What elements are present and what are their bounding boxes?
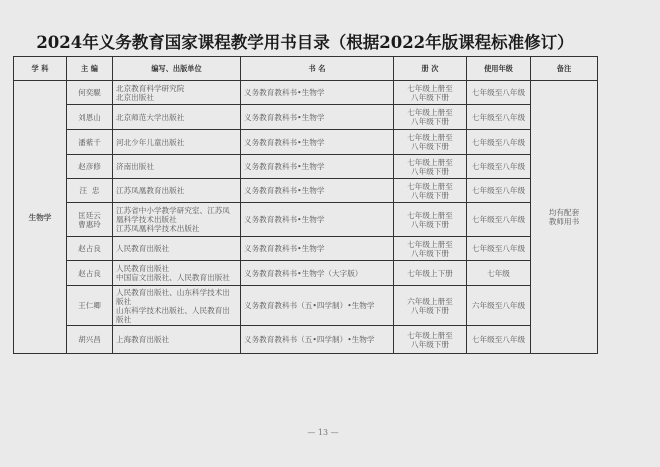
publisher-line: 江苏省中小学教学研究室、江苏凤凰科学技术出版社 [116, 206, 237, 224]
publisher-cell: 河北少年儿童出版社 [113, 130, 241, 155]
publisher-line: 河北少年儿童出版社 [116, 138, 237, 147]
editor-cell: 何奕騉 [67, 81, 113, 105]
publisher-cell: 人民教育出版社、山东科学技术出版社 山东科学技术出版社、人民教育出版社 [113, 286, 241, 326]
subject-cell: 生物学 [14, 81, 67, 354]
grades-cell: 七年级至八年级 [467, 237, 531, 261]
publisher-line: 济南出版社 [116, 162, 237, 171]
editor-cell: 汪 忠 [67, 179, 113, 203]
volumes-line: 七年级上册至 [397, 240, 463, 249]
publisher-cell: 北京教育科学研究院 北京出版社 [113, 81, 241, 105]
book-title-cell: 义务教育教科书•生物学 [241, 237, 394, 261]
header-publisher: 编写、出版单位 [113, 57, 241, 81]
grades-cell: 七年级 [467, 261, 531, 286]
publisher-line: 上海教育出版社 [116, 335, 237, 344]
grades-cell: 七年级至八年级 [467, 155, 531, 179]
grades-cell: 七年级至八年级 [467, 179, 531, 203]
volumes-line: 七年级上册至 [397, 331, 463, 340]
header-volumes: 册 次 [394, 57, 467, 81]
table-header-row: 学 科 主 编 编写、出版单位 书 名 册 次 使用年级 备注 [14, 57, 598, 81]
grades-cell: 七年级至八年级 [467, 105, 531, 130]
volumes-line: 八年级下册 [397, 142, 463, 151]
editor-cell: 王仁卿 [67, 286, 113, 326]
publisher-cell: 济南出版社 [113, 155, 241, 179]
volumes-cell: 七年级上册至 八年级下册 [394, 203, 467, 237]
grades-cell: 七年级至八年级 [467, 203, 531, 237]
publisher-line: 北京师范大学出版社 [116, 113, 237, 122]
publisher-cell: 江苏凤凰教育出版社 [113, 179, 241, 203]
notes-text: 均有配套教师用书 [546, 208, 582, 226]
editor-cell: 胡兴昌 [67, 326, 113, 354]
volumes-line: 七年级上册至 [397, 108, 463, 117]
book-title-cell: 义务教育教科书•生物学 [241, 105, 394, 130]
volumes-line: 七年级上册至 [397, 211, 463, 220]
table-row: 生物学 何奕騉 北京教育科学研究院 北京出版社 义务教育教科书•生物学 七年级上… [14, 81, 598, 105]
table-row: 赵占良 人民教育出版社 中国盲文出版社、人民教育出版社 义务教育教科书•生物学（… [14, 261, 598, 286]
publisher-line: 北京教育科学研究院 [116, 84, 237, 93]
publisher-line: 人民教育出版社 [116, 264, 237, 273]
book-title-cell: 义务教育教科书•生物学（大字版） [241, 261, 394, 286]
table-row: 刘恩山 北京师范大学出版社 义务教育教科书•生物学 七年级上册至 八年级下册 七… [14, 105, 598, 130]
textbook-catalog-table: 学 科 主 编 编写、出版单位 书 名 册 次 使用年级 备注 生物学 何奕騉 … [13, 56, 598, 354]
publisher-cell: 人民教育出版社 中国盲文出版社、人民教育出版社 [113, 261, 241, 286]
volumes-line: 八年级下册 [397, 249, 463, 258]
publisher-line: 中国盲文出版社、人民教育出版社 [116, 273, 237, 282]
table-row: 汪 忠 江苏凤凰教育出版社 义务教育教科书•生物学 七年级上册至 八年级下册 七… [14, 179, 598, 203]
volumes-line: 八年级下册 [397, 306, 463, 315]
book-title-cell: 义务教育教科书•生物学 [241, 130, 394, 155]
volumes-cell: 七年级上册至 八年级下册 [394, 155, 467, 179]
notes-cell: 均有配套教师用书 [531, 81, 598, 354]
table-row: 匡廷云 曹惠玲 江苏省中小学教学研究室、江苏凤凰科学技术出版社 江苏凤凰科学技术… [14, 203, 598, 237]
editor-cell: 赵彦修 [67, 155, 113, 179]
publisher-cell: 北京师范大学出版社 [113, 105, 241, 130]
page-number: — 13 — [0, 428, 653, 437]
editor-cell: 赵占良 [67, 237, 113, 261]
book-title-cell: 义务教育教科书（五•四学制）•生物学 [241, 286, 394, 326]
volumes-cell: 七年级上下册 [394, 261, 467, 286]
header-book-title: 书 名 [241, 57, 394, 81]
header-grades: 使用年级 [467, 57, 531, 81]
volumes-cell: 六年级上册至 八年级下册 [394, 286, 467, 326]
document-title: 2024年义务教育国家课程教学用书目录（根据2022年版课程标准修订） [25, 29, 585, 53]
book-title-cell: 义务教育教科书（五•四学制）•生物学 [241, 326, 394, 354]
editor-cell: 刘恩山 [67, 105, 113, 130]
volumes-line: 七年级上册至 [397, 158, 463, 167]
publisher-line: 山东科学技术出版社、人民教育出版社 [116, 306, 237, 324]
grades-cell: 七年级至八年级 [467, 130, 531, 155]
table-row: 潘紫千 河北少年儿童出版社 义务教育教科书•生物学 七年级上册至 八年级下册 七… [14, 130, 598, 155]
volumes-cell: 七年级上册至 八年级下册 [394, 130, 467, 155]
volumes-cell: 七年级上册至 八年级下册 [394, 179, 467, 203]
grades-cell: 七年级至八年级 [467, 81, 531, 105]
volumes-line: 八年级下册 [397, 93, 463, 102]
header-subject: 学 科 [14, 57, 67, 81]
volumes-line: 八年级下册 [397, 117, 463, 126]
volumes-line: 八年级下册 [397, 167, 463, 176]
publisher-line: 北京出版社 [116, 93, 237, 102]
publisher-line: 江苏凤凰教育出版社 [116, 186, 237, 195]
book-title-cell: 义务教育教科书•生物学 [241, 203, 394, 237]
publisher-line: 江苏凤凰科学技术出版社 [116, 224, 237, 233]
header-editor: 主 编 [67, 57, 113, 81]
table-row: 赵彦修 济南出版社 义务教育教科书•生物学 七年级上册至 八年级下册 七年级至八… [14, 155, 598, 179]
publisher-line: 人民教育出版社 [116, 244, 237, 253]
header-notes: 备注 [531, 57, 598, 81]
editor-cell: 潘紫千 [67, 130, 113, 155]
table-row: 赵占良 人民教育出版社 义务教育教科书•生物学 七年级上册至 八年级下册 七年级… [14, 237, 598, 261]
volumes-line: 六年级上册至 [397, 297, 463, 306]
volumes-line: 八年级下册 [397, 340, 463, 349]
volumes-cell: 七年级上册至 八年级下册 [394, 326, 467, 354]
publisher-cell: 江苏省中小学教学研究室、江苏凤凰科学技术出版社 江苏凤凰科学技术出版社 [113, 203, 241, 237]
editor-cell: 赵占良 [67, 261, 113, 286]
book-title-cell: 义务教育教科书•生物学 [241, 179, 394, 203]
publisher-line: 人民教育出版社、山东科学技术出版社 [116, 288, 237, 306]
volumes-line: 八年级下册 [397, 191, 463, 200]
grades-cell: 六年级至八年级 [467, 286, 531, 326]
volumes-line: 八年级下册 [397, 220, 463, 229]
volumes-line: 七年级上下册 [397, 269, 463, 278]
grades-cell: 七年级至八年级 [467, 326, 531, 354]
publisher-cell: 上海教育出版社 [113, 326, 241, 354]
volumes-cell: 七年级上册至 八年级下册 [394, 81, 467, 105]
publisher-cell: 人民教育出版社 [113, 237, 241, 261]
table-row: 王仁卿 人民教育出版社、山东科学技术出版社 山东科学技术出版社、人民教育出版社 … [14, 286, 598, 326]
volumes-line: 七年级上册至 [397, 84, 463, 93]
volumes-cell: 七年级上册至 八年级下册 [394, 105, 467, 130]
volumes-cell: 七年级上册至 八年级下册 [394, 237, 467, 261]
book-title-cell: 义务教育教科书•生物学 [241, 155, 394, 179]
volumes-line: 七年级上册至 [397, 133, 463, 142]
volumes-line: 七年级上册至 [397, 182, 463, 191]
editor-cell: 匡廷云 曹惠玲 [67, 203, 113, 237]
table-row: 胡兴昌 上海教育出版社 义务教育教科书（五•四学制）•生物学 七年级上册至 八年… [14, 326, 598, 354]
book-title-cell: 义务教育教科书•生物学 [241, 81, 394, 105]
